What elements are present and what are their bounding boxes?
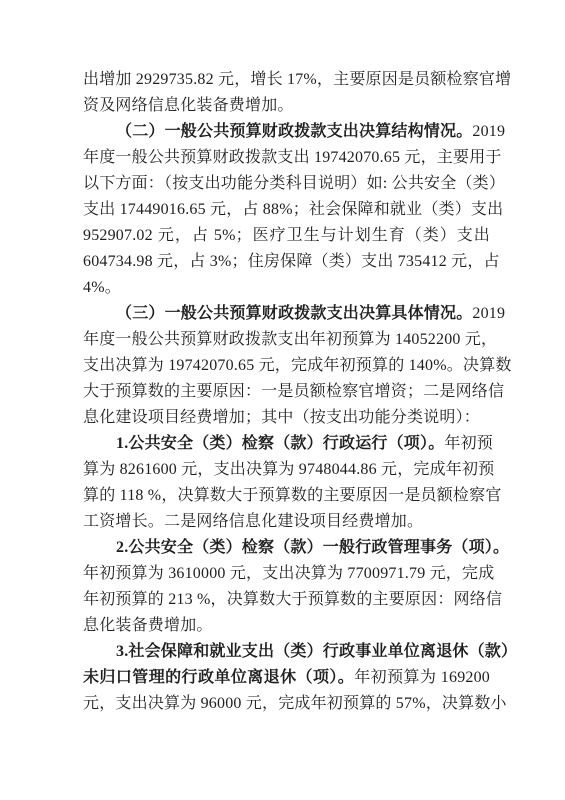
bold-text-run: 1.公共安全（类）检察（款）行政运行（项）。 [116,435,444,452]
text-line: 工资增长。二是网络信息化建设项目经费增加。 [83,509,490,535]
text-line: 3.社会保障和就业支出（类）行政事业单位离退休（款） [83,639,490,665]
text-line: 以下方面：（按支出功能分类科目说明）如: 公共安全（类） [83,171,490,197]
text-line: （三）一般公共预算财政拨款支出决算具体情况。2019 [83,301,490,327]
text-line: 算为 8261600 元，支出决算为 9748044.86 元，完成年初预 [83,457,490,483]
text-line: 息化装备费增加。 [83,613,490,639]
text-run: 算为 8261600 元，支出决算为 9748044.86 元，完成年初预 [83,461,494,478]
text-line: 604734.98 元，占 3%；住房保障（类）支出 735412 元，占 [83,249,490,275]
text-line: 支出决算为 19742070.65 元，完成年初预算的 140%。决算数 [83,353,490,379]
text-run: 以下方面：（按支出功能分类科目说明）如: 公共安全（类） [83,175,505,192]
text-run: 支出 17449016.65 元，占 88%；社会保障和就业（类）支出 [83,201,503,218]
text-run: 大于预算数的主要原因：一是员额检察官增资；二是网络信 [83,383,504,400]
text-run: 支出决算为 19742070.65 元，完成年初预算的 140%。决算数 [83,357,512,374]
bold-text-run: 未归口管理的行政单位离退休（项）。 [83,669,354,686]
text-run: 年度一般公共预算财政拨款支出 19742070.65 元，主要用于 [83,149,502,166]
text-line: 年初预算为 3610000 元，支出决算为 7700971.79 元，完成 [83,561,490,587]
text-run: 息化装备费增加。 [83,617,213,634]
text-run: 年度一般公共预算财政拨款支出年初预算为 14052200 元， [83,331,497,348]
text-line: 年初预算的 213 %，决算数大于预算数的主要原因：网络信 [83,587,490,613]
text-run: 资及网络信息化装备费增加。 [83,97,294,114]
text-run: 算的 118 %，决算数大于预算数的主要原因一是员额检察官 [83,487,502,504]
bold-text-run: 2.公共安全（类）检察（款）一般行政管理事务（项）。 [116,539,509,556]
text-line: 未归口管理的行政单位离退休（项）。年初预算为 169200 [83,665,490,691]
text-line: 息化建设项目经费增加；其中（按支出功能分类说明）： [83,405,490,431]
text-line: 资及网络信息化装备费增加。 [83,93,490,119]
text-line: 支出 17449016.65 元，占 88%；社会保障和就业（类）支出 [83,197,490,223]
text-line: 2.公共安全（类）检察（款）一般行政管理事务（项）。 [83,535,490,561]
text-line: 年度一般公共预算财政拨款支出 19742070.65 元，主要用于 [83,145,490,171]
bold-text-run: （三）一般公共预算财政拨款支出决算具体情况。 [116,305,472,322]
bold-text-run: （二）一般公共预算财政拨款支出决算结构情况。 [116,123,472,140]
text-line: 年度一般公共预算财政拨款支出年初预算为 14052200 元， [83,327,490,353]
text-line: 大于预算数的主要原因：一是员额检察官增资；二是网络信 [83,379,490,405]
text-run: 952907.02 元，占 5%；医疗卫生与计划生育（类）支出 [83,227,490,244]
text-run: 息化建设项目经费增加；其中（按支出功能分类说明）： [83,409,480,426]
text-run: 4%。 [83,279,121,296]
bold-text-run: 3.社会保障和就业支出（类）行政事业单位离退休（款） [116,643,517,660]
text-line: （二）一般公共预算财政拨款支出决算结构情况。2019 [83,119,490,145]
text-line: 952907.02 元，占 5%；医疗卫生与计划生育（类）支出 [83,223,490,249]
text-run: 2019 [472,123,505,140]
text-run: 年初预算为 3610000 元，支出决算为 7700971.79 元，完成 [83,565,494,582]
text-line: 出增加 2929735.82 元，增长 17%，主要原因是员额检察官增 [83,67,490,93]
text-run: 出增加 2929735.82 元，增长 17%，主要原因是员额检察官增 [83,71,511,88]
text-run: 年初预 [444,435,493,452]
text-line: 算的 118 %，决算数大于预算数的主要原因一是员额检察官 [83,483,490,509]
text-run: 年初预算的 213 %，决算数大于预算数的主要原因：网络信 [83,591,502,608]
document-body: 出增加 2929735.82 元，增长 17%，主要原因是员额检察官增资及网络信… [83,67,490,717]
document-page: 出增加 2929735.82 元，增长 17%，主要原因是员额检察官增资及网络信… [0,0,565,800]
text-line: 1.公共安全（类）检察（款）行政运行（项）。年初预 [83,431,490,457]
text-run: 2019 [472,305,505,322]
text-line: 元，支出决算为 96000 元，完成年初预算的 57%，决算数小 [83,691,490,717]
text-run: 年初预算为 169200 [354,669,490,686]
text-line: 4%。 [83,275,490,301]
text-run: 604734.98 元，占 3%；住房保障（类）支出 735412 元，占 [83,253,500,270]
text-run: 元，支出决算为 96000 元，完成年初预算的 57%，决算数小 [83,695,507,712]
text-run: 工资增长。二是网络信息化建设项目经费增加。 [83,513,423,530]
